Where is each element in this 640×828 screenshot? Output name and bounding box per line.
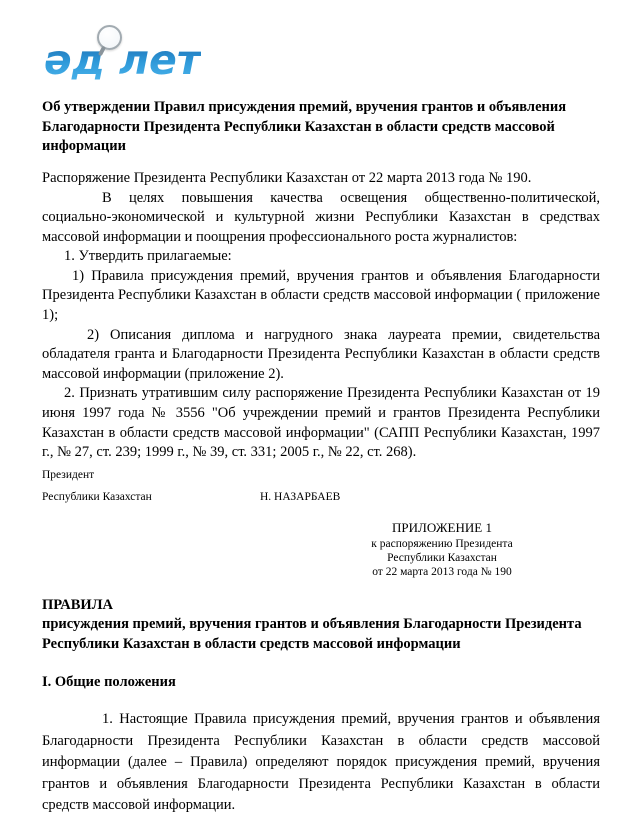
adilet-logo-text: әділет [44, 36, 201, 84]
logo-part-i: і [105, 36, 119, 84]
signature-row: Республики Казахстан Н. НАЗАРБАЕВ [42, 490, 600, 504]
document-title: Об утверждении Правил присуждения премий… [42, 98, 600, 157]
logo-part-pre: әд [44, 36, 105, 84]
section-heading-general: I. Общие положения [42, 673, 600, 692]
appendix-line-2: к распоряжению Президента [292, 537, 592, 551]
signature-block: Президент Республики Казахстан Н. НАЗАРБ… [42, 468, 600, 504]
rules-title-line1: ПРАВИЛА [42, 596, 600, 616]
logo-part-post: лет [119, 36, 201, 84]
paragraph-goals: В целях повышения качества освещения общ… [42, 189, 600, 248]
paragraph-item-1: 1) Правила присуждения премий, вручения … [42, 267, 600, 326]
paragraph-item-2: 2) Описания диплома и нагрудного знака л… [42, 326, 600, 385]
rules-title: ПРАВИЛА присуждения премий, вручения гра… [42, 596, 600, 655]
appendix-block: ПРИЛОЖЕНИЕ 1 к распоряжению Президента Р… [292, 521, 592, 579]
document-page: әділет Об утверждении Правил присуждения… [0, 0, 640, 828]
appendix-line-4: от 22 марта 2013 года № 190 [292, 565, 592, 579]
signature-position-line2: Республики Казахстан [42, 490, 260, 504]
rules-title-rest: присуждения премий, вручения грантов и о… [42, 615, 600, 654]
paragraph-repeal: 2. Признать утратившим силу распоряжение… [42, 384, 600, 462]
paragraph-approve: 1. Утвердить прилагаемые: [42, 247, 600, 267]
signature-position-line1: Президент [42, 468, 600, 482]
appendix-title: ПРИЛОЖЕНИЕ 1 [292, 521, 592, 535]
document-intro-line: Распоряжение Президента Республики Казах… [42, 168, 600, 188]
signature-name: Н. НАЗАРБАЕВ [260, 490, 340, 504]
adilet-logo[interactable]: әділет [44, 36, 201, 86]
document-content: әділет Об утверждении Правил присуждения… [0, 0, 640, 817]
rules-paragraph-1: 1. Настоящие Правила присуждения премий,… [42, 709, 600, 817]
magnifier-icon [97, 25, 122, 50]
appendix-line-3: Республики Казахстан [292, 551, 592, 565]
